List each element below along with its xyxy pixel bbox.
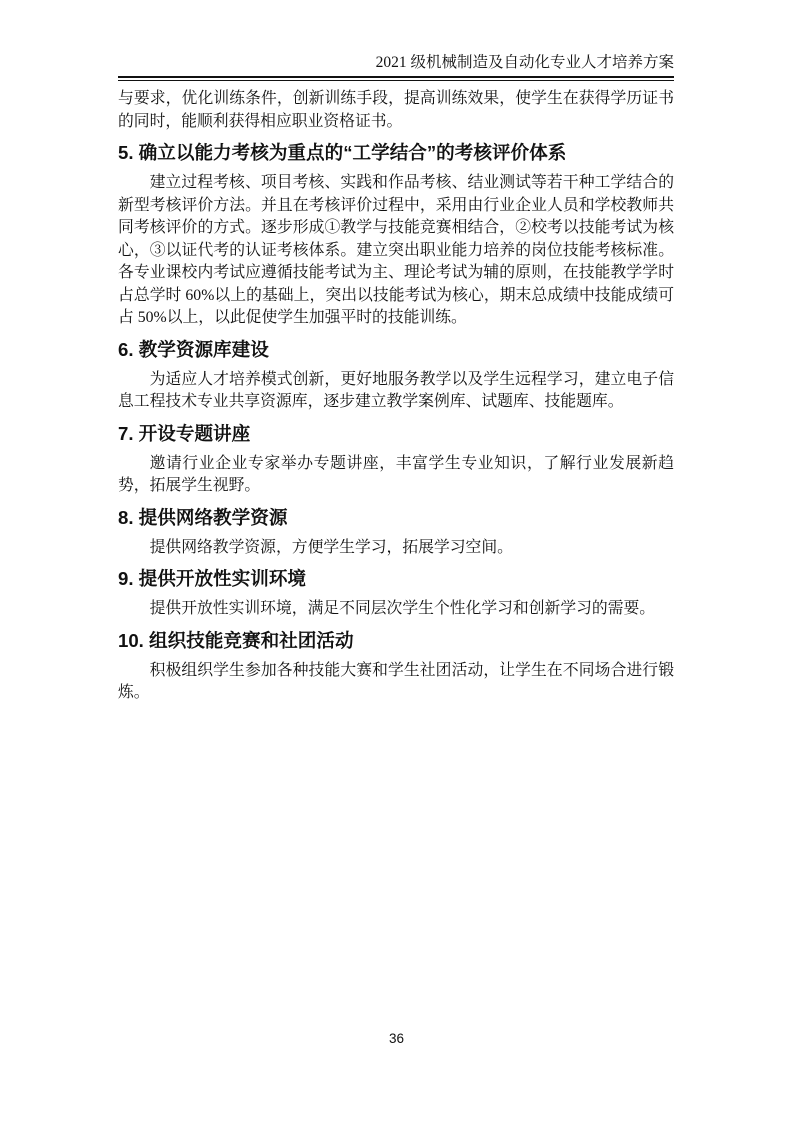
paragraph-section-5: 建立过程考核、项目考核、实践和作品考核、结业测试等若干种工学结合的新型考核评价方… [118, 172, 674, 330]
header-title: 2021 级机械制造及自动化专业人才培养方案 [118, 53, 674, 73]
header-rule [118, 76, 674, 81]
paragraph-continuation: 与要求，优化训练条件，创新训练手段，提高训练效果，使学生在获得学历证书的同时，能… [118, 88, 674, 133]
section-heading-9: 9. 提供开放性实训环境 [118, 566, 674, 591]
document-body: 与要求，优化训练条件，创新训练手段，提高训练效果，使学生在获得学历证书的同时，能… [118, 88, 674, 705]
section-heading-7: 7. 开设专题讲座 [118, 421, 674, 446]
paragraph-section-6: 为适应人才培养模式创新，更好地服务教学以及学生远程学习，建立电子信息工程技术专业… [118, 369, 674, 414]
paragraph-section-8: 提供网络教学资源，方便学生学习，拓展学习空间。 [118, 537, 674, 560]
page-footer: 36 [0, 1031, 793, 1046]
section-heading-5: 5. 确立以能力考核为重点的“工学结合”的考核评价体系 [118, 140, 674, 165]
page-number: 36 [389, 1031, 404, 1046]
page-header: 2021 级机械制造及自动化专业人才培养方案 [118, 53, 674, 81]
paragraph-section-9: 提供开放性实训环境，满足不同层次学生个性化学习和创新学习的需要。 [118, 598, 674, 621]
paragraph-section-7: 邀请行业企业专家举办专题讲座，丰富学生专业知识，了解行业发展新趋势，拓展学生视野… [118, 453, 674, 498]
section-heading-8: 8. 提供网络教学资源 [118, 505, 674, 530]
paragraph-section-10: 积极组织学生参加各种技能大赛和学生社团活动，让学生在不同场合进行锻炼。 [118, 660, 674, 705]
section-heading-6: 6. 教学资源库建设 [118, 337, 674, 362]
document-page: 2021 级机械制造及自动化专业人才培养方案 与要求，优化训练条件，创新训练手段… [0, 0, 793, 1122]
section-heading-10: 10. 组织技能竞赛和社团活动 [118, 628, 674, 653]
